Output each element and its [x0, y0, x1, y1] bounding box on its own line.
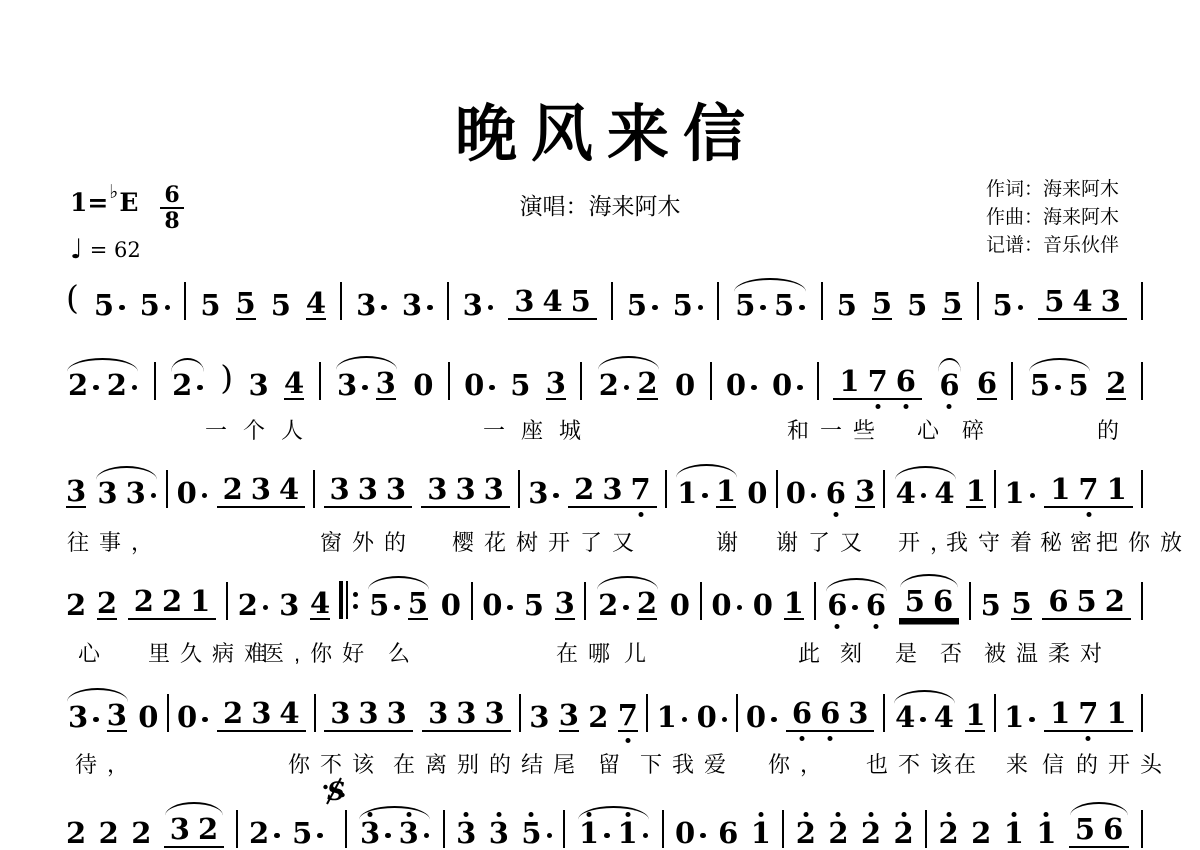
beam-group: 333	[324, 701, 413, 732]
note-digit: 6	[1048, 589, 1068, 616]
note: 0	[413, 373, 433, 400]
augmentation-dot	[553, 493, 559, 499]
note-digit: 0	[177, 481, 197, 508]
note-digit: 0	[482, 593, 502, 620]
note-digit: 5	[524, 593, 544, 620]
note: 5	[521, 821, 552, 848]
note: 5	[271, 293, 291, 320]
note-digit: 5	[200, 293, 220, 320]
barline	[1141, 810, 1143, 848]
music-line-5: 330023433333333271006634411171	[64, 692, 1144, 732]
note: 7	[631, 477, 651, 504]
note-digit: 4	[279, 477, 299, 504]
augmentation-dot	[751, 385, 757, 391]
barline	[319, 362, 321, 400]
barline	[994, 470, 996, 508]
note-digit: 3	[337, 373, 357, 400]
note-digit: 4	[542, 289, 562, 316]
note: 1	[839, 369, 859, 396]
barline	[883, 470, 885, 508]
note-digit: 4	[896, 481, 916, 508]
quarter-note-icon: ♩	[70, 236, 83, 263]
augmentation-dot	[165, 305, 171, 311]
note: 2	[172, 373, 203, 400]
note: 1	[618, 821, 649, 848]
barline	[166, 470, 168, 508]
note: 2	[198, 817, 218, 844]
note: 1	[1107, 477, 1127, 504]
lyric-segment: 留	[598, 748, 630, 779]
note: 3	[251, 701, 271, 728]
tie-slur-group: 55	[731, 293, 808, 320]
note-digit: 5	[1030, 373, 1050, 400]
note-digit: 5	[292, 821, 312, 848]
note: 6	[939, 373, 959, 400]
beam-group: 543	[1038, 289, 1127, 320]
barline	[1141, 582, 1143, 620]
beam-group: 663	[786, 701, 875, 732]
note-digit: 7	[1078, 701, 1098, 728]
note-digit: 3	[68, 705, 88, 732]
barline	[977, 282, 979, 320]
note: 7	[868, 369, 888, 396]
note-digit: 2	[66, 593, 86, 620]
augmentation-dot	[760, 305, 766, 311]
note: 0	[753, 593, 773, 620]
augmentation-dot	[722, 717, 728, 723]
beam-group: 237	[568, 477, 657, 508]
note-digit: 6	[718, 821, 738, 848]
note: 0	[675, 821, 706, 848]
note: 3	[66, 479, 86, 508]
note-digit: 3	[1101, 289, 1121, 316]
note: 5	[369, 593, 400, 620]
note-digit: 3	[855, 479, 875, 506]
note-digit: 5	[905, 589, 925, 616]
beam-group: 345	[508, 289, 597, 320]
note-digit: 0	[441, 593, 461, 620]
note: 6	[820, 701, 840, 728]
barline	[580, 362, 582, 400]
augmentation-dot	[202, 493, 208, 499]
note: 5	[94, 293, 125, 320]
note-digit: 6	[1103, 817, 1123, 844]
note-digit: 2	[599, 373, 619, 400]
note: 6	[933, 589, 953, 616]
note-digit: 2	[828, 821, 848, 848]
note-digit: 0	[786, 481, 806, 508]
note: 5	[1077, 589, 1097, 616]
key-prefix: 1=	[70, 190, 108, 215]
lyric-segment: 也不该	[866, 748, 962, 779]
note-digit: 5	[1077, 589, 1097, 616]
augmentation-dot	[385, 833, 391, 839]
beam-group: 176	[833, 369, 922, 400]
sheet-music-page: 晚风来信 演唱：海来阿木 作词：海来阿木 作曲：海来阿木 记谱：音乐伙伴 1= …	[0, 0, 1200, 850]
song-title: 晚风来信	[0, 84, 1200, 173]
note-digit: 7	[868, 369, 888, 396]
note: 2	[223, 701, 243, 728]
augmentation-dot	[488, 305, 494, 311]
music-line-6: 2223225S33335110612222221156	[64, 808, 1144, 848]
note-digit: 4	[934, 481, 954, 508]
note-digit: 2	[68, 373, 88, 400]
lyric-segment: 刻	[840, 637, 872, 668]
note-digit: 4	[284, 371, 304, 398]
note-digit: 1	[1004, 481, 1024, 508]
note: 3	[337, 373, 368, 400]
note: 1	[966, 479, 986, 508]
note: 3	[356, 293, 387, 320]
note: 5	[1044, 289, 1064, 316]
meter-denominator: 8	[164, 209, 179, 232]
note-digit: 5	[735, 293, 755, 320]
note-digit: 0	[670, 593, 690, 620]
note: 3	[528, 481, 559, 508]
note: 2	[894, 821, 914, 848]
note-digit: 1	[190, 589, 210, 616]
note-digit: 3	[546, 371, 566, 398]
note-digit: 2	[971, 821, 991, 848]
tie-slur-group: 44	[892, 481, 959, 508]
augmentation-dot	[362, 385, 368, 391]
repeat-start-barline	[339, 580, 359, 620]
note-digit: 0	[413, 373, 433, 400]
note-digit: 2	[598, 593, 618, 620]
note: 5	[1075, 817, 1095, 844]
tempo-value: = 62	[90, 238, 141, 262]
note: 3	[427, 477, 447, 504]
note-digit: 3	[484, 701, 504, 728]
note: 3	[602, 477, 622, 504]
note-digit: 7	[618, 703, 638, 730]
barline	[700, 582, 702, 620]
note: 3	[402, 293, 433, 320]
note-digit: 5	[1044, 289, 1064, 316]
lyric-segment: 和	[787, 414, 819, 445]
barline	[817, 362, 819, 400]
note-digit: 2	[198, 817, 218, 844]
augmentation-dot	[507, 605, 513, 611]
lyric-segment: 城	[559, 414, 591, 445]
note-digit: 3	[330, 701, 350, 728]
lyric-segment: 的	[1097, 414, 1129, 445]
note: 0	[746, 705, 777, 732]
note: 1	[677, 481, 708, 508]
barline	[1141, 282, 1143, 320]
note: 2	[1105, 589, 1125, 616]
tie-slur-group: 22	[595, 371, 662, 400]
augmentation-dot	[547, 833, 553, 839]
note-digit: 2	[249, 821, 269, 848]
note-digit: 3	[559, 703, 579, 730]
note-digit: 2	[131, 821, 151, 848]
barline	[345, 810, 347, 848]
note-digit: 3	[251, 477, 271, 504]
note: 5	[200, 293, 220, 320]
note: 5	[1030, 373, 1061, 400]
note: 3	[456, 701, 476, 728]
lyric-segment: 谢	[716, 526, 748, 557]
note: 6	[977, 371, 997, 400]
note-digit: 4	[1072, 289, 1092, 316]
tie-slur-group: 6	[935, 373, 963, 400]
augmentation-dot	[920, 717, 926, 723]
note: 0	[441, 593, 461, 620]
note-digit: 2	[637, 591, 657, 618]
note-digit: 5	[1075, 817, 1095, 844]
note: 5	[942, 291, 962, 320]
note: 5	[1011, 591, 1031, 620]
note-digit: 6	[933, 589, 953, 616]
note-digit: 6	[826, 481, 846, 508]
note: 3	[387, 701, 407, 728]
note: 6	[1103, 817, 1123, 844]
transcriber-credit: 记谱：音乐伙伴	[986, 232, 1119, 260]
augmentation-dot	[737, 605, 743, 611]
note: 1	[190, 589, 210, 616]
augmentation-dot	[489, 385, 495, 391]
tie-slur-group: 22	[594, 591, 661, 620]
barline	[518, 470, 520, 508]
note: 0	[138, 705, 158, 732]
note: 3	[1101, 289, 1121, 316]
lyric-segment: 个	[243, 414, 275, 445]
note-digit: 1	[1050, 701, 1070, 728]
tie-slur-group: 22	[64, 373, 141, 400]
barline	[563, 810, 565, 848]
note: 3	[463, 293, 494, 320]
augmentation-dot	[852, 605, 858, 611]
note-digit: 2	[134, 589, 154, 616]
note: 6	[866, 593, 886, 620]
note: 2	[68, 373, 99, 400]
lyric-segment: 医,你好	[262, 637, 374, 668]
note-digit: 3	[428, 701, 448, 728]
augmentation-dot	[394, 605, 400, 611]
note: 1	[965, 703, 985, 732]
augmentation-dot	[771, 717, 777, 723]
lyric-segment: 在离别的结尾	[393, 748, 585, 779]
augmentation-dot	[274, 833, 280, 839]
note-digit: 2	[172, 373, 192, 400]
time-signature: 6 8	[160, 184, 183, 232]
note-digit: 5	[271, 293, 291, 320]
note: 6	[827, 593, 858, 620]
barline	[447, 282, 449, 320]
augmentation-dot	[702, 493, 708, 499]
note: 1	[657, 705, 688, 732]
beam-group: 56	[1069, 817, 1129, 848]
augmentation-dot	[93, 717, 99, 723]
note: 3	[97, 481, 117, 508]
svg-text:S: S	[327, 777, 345, 806]
note: 2	[97, 591, 117, 620]
note: 4	[1072, 289, 1092, 316]
barline	[443, 810, 445, 848]
note: 2	[828, 821, 848, 848]
note: 1	[1004, 705, 1035, 732]
barline	[646, 694, 648, 732]
note-digit: 1	[1004, 705, 1024, 732]
beam-group: 221	[128, 589, 217, 620]
note-digit: 6	[977, 371, 997, 398]
note-digit: 1	[1004, 821, 1024, 848]
note-digit: 3	[529, 705, 549, 732]
note: 3	[107, 703, 127, 732]
lyric-segment: 在	[954, 748, 986, 779]
music-line-2: 222)343300532200017666552	[64, 360, 1144, 400]
note-digit: 5	[369, 593, 389, 620]
note: 3	[330, 477, 350, 504]
note-digit: 1	[965, 703, 985, 730]
note: 2	[107, 373, 138, 400]
lyric-segment: 一	[205, 414, 237, 445]
note: 3	[358, 477, 378, 504]
augmentation-dot	[797, 385, 803, 391]
note-digit: 0	[772, 373, 792, 400]
note-digit: 5	[140, 293, 160, 320]
note: 1	[1004, 481, 1035, 508]
barline	[1141, 362, 1143, 400]
note-digit: 5	[236, 291, 256, 318]
note: 5	[774, 293, 805, 320]
note-digit: 1	[839, 369, 859, 396]
lyric-segment: 些	[853, 414, 885, 445]
note: 2	[939, 821, 959, 848]
augmentation-dot	[811, 493, 817, 499]
lyric-segment: 你，	[768, 748, 832, 779]
note-digit: 2	[1105, 589, 1125, 616]
note-digit: 2	[939, 821, 959, 848]
note-digit: 4	[306, 291, 326, 318]
note-digit: 6	[792, 701, 812, 728]
lyric-segment: 里久病难	[148, 637, 276, 668]
augmentation-dot	[1018, 305, 1024, 311]
augmentation-dot	[317, 833, 323, 839]
beam-group: 333	[422, 701, 511, 732]
note-digit: 0	[697, 705, 717, 732]
augmentation-dot	[624, 385, 630, 391]
note-digit: 5	[872, 291, 892, 318]
augmentation-dot	[151, 493, 157, 499]
lyric-segment: 心	[917, 414, 949, 445]
barline	[154, 362, 156, 400]
note-digit: 5	[627, 293, 647, 320]
barline	[167, 694, 169, 732]
lyric-segment: 否	[940, 637, 972, 668]
note: 5	[627, 293, 658, 320]
note: 5	[524, 593, 544, 620]
note-digit: 3	[602, 477, 622, 504]
note-digit: 3	[848, 701, 868, 728]
note-digit: 1	[966, 479, 986, 506]
barline	[925, 810, 927, 848]
note: 3	[360, 821, 391, 848]
note-digit: 0	[177, 705, 197, 732]
meter-numerator: 6	[160, 184, 183, 209]
note: 5	[1069, 373, 1089, 400]
note: 0	[177, 481, 208, 508]
note: 2	[223, 477, 243, 504]
note: 5	[673, 293, 704, 320]
note-digit: 6	[939, 373, 959, 400]
note-digit: 0	[753, 593, 773, 620]
note: 3	[251, 477, 271, 504]
lyric-segment: 在哪	[556, 637, 620, 668]
note-digit: 3	[484, 477, 504, 504]
note: 1	[784, 591, 804, 620]
note-digit: 3	[330, 477, 350, 504]
lyric-segment: 心	[78, 637, 110, 668]
lyric-segment: 是	[895, 637, 927, 668]
note-digit: 2	[637, 371, 657, 398]
note: 3	[484, 477, 504, 504]
lyric-segment: 往事，	[67, 526, 163, 557]
barline	[814, 582, 816, 620]
composer-credit: 作曲：海来阿木	[986, 204, 1119, 232]
note: 6	[826, 481, 846, 508]
barline	[1141, 470, 1143, 508]
barline	[611, 282, 613, 320]
note-digit: 3	[126, 481, 146, 508]
barline	[736, 694, 738, 732]
note: 0	[772, 373, 803, 400]
note: 1	[1036, 821, 1056, 848]
note-digit: 0	[726, 373, 746, 400]
note: 6	[792, 701, 812, 728]
note: 2	[66, 821, 86, 848]
note-digit: 2	[97, 591, 117, 618]
note-digit: 3	[97, 481, 117, 508]
beam-group: 234	[217, 477, 306, 508]
note: 5	[510, 373, 530, 400]
barline	[471, 582, 473, 620]
music-line-3: 333023433333332371100634411171	[64, 468, 1144, 508]
note-digit: 4	[279, 701, 299, 728]
note-digit: 5	[907, 293, 927, 320]
tie-slur-group: 66	[823, 593, 890, 620]
note: 2	[134, 589, 154, 616]
note-digit: 5	[837, 293, 857, 320]
note: 0	[177, 705, 208, 732]
note-digit: 3	[360, 821, 380, 848]
lyric-segment: 把你放	[1096, 526, 1192, 557]
augmentation-dot	[623, 605, 629, 611]
note: 2	[637, 371, 657, 400]
beam-group: 333	[324, 477, 413, 508]
note-digit: 2	[66, 821, 86, 848]
note-digit: 3	[555, 591, 575, 618]
note: 5	[872, 291, 892, 320]
lyric-segment: 座	[521, 414, 553, 445]
note: 3	[514, 289, 534, 316]
lyric-segment: 信	[1042, 748, 1074, 779]
note-digit: 3	[489, 821, 509, 848]
note-digit: 7	[1078, 477, 1098, 504]
note-digit: 3	[279, 593, 299, 620]
note-digit: 2	[162, 589, 182, 616]
augmentation-dot	[1029, 717, 1035, 723]
barline	[782, 810, 784, 848]
note: 6	[718, 821, 738, 848]
note-digit: 5	[993, 293, 1013, 320]
augmentation-dot	[799, 305, 805, 311]
note: 5	[292, 821, 323, 848]
note: 4	[279, 477, 299, 504]
tie-slur-group: 11	[673, 479, 740, 508]
music-line-4: 22221234550053220001665655652	[64, 580, 1144, 620]
